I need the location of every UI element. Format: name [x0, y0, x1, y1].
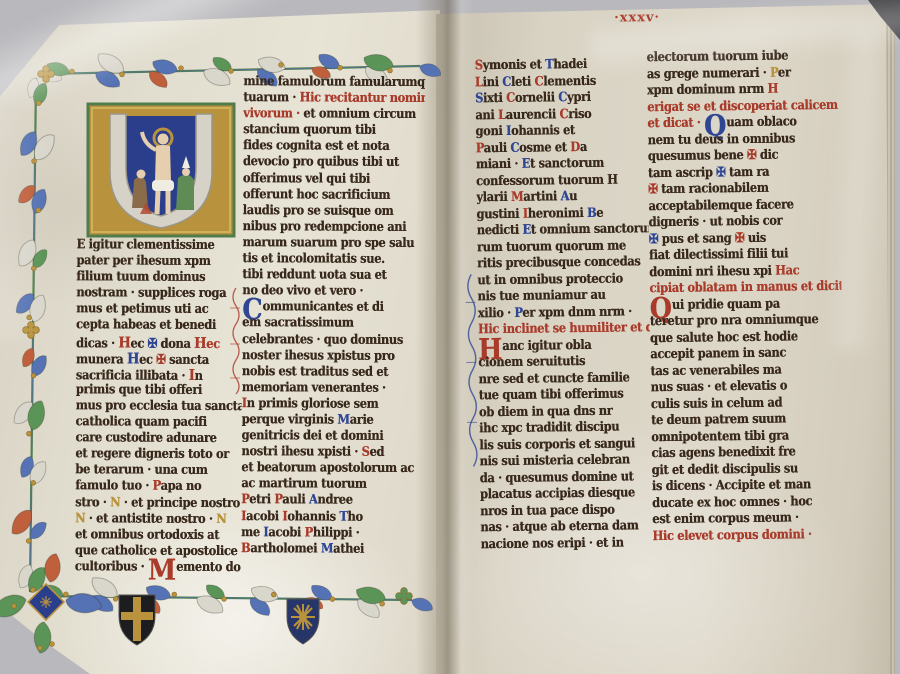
text-line: nre sed et cuncte familie [478, 370, 630, 388]
text-line: acceptabilemque facere [648, 197, 817, 216]
text-line: domini nri ihesu xpi Hac [649, 263, 818, 282]
text-line: tuarum · Hic recitantur nomina [243, 90, 403, 107]
text-line: munera Hec ✠ sancta [76, 350, 222, 367]
text-line: quesumus bene ✠ dic [648, 147, 817, 166]
text-line: Hanc igitur obla [478, 337, 630, 355]
text-line: primis que tibi offeri [76, 382, 222, 399]
text-line: fides cognita est et nota [243, 138, 403, 155]
text-line: Communicantes et di [242, 299, 402, 316]
text-line: ob diem in qua dns nr [479, 403, 631, 421]
text-line: que salute hoc est hodie [650, 329, 819, 348]
text-line: Lini Cleti Clementis [475, 73, 627, 91]
right-column-1: Symonis et ThadeiLini Cleti ClementisSix… [475, 56, 653, 560]
text-line: mine famulorum famularumque [243, 74, 403, 91]
text-line: goni Iohannis et [475, 122, 627, 140]
text-line: memoriam venerantes · [242, 380, 402, 397]
text-line: nostram · supplices roga [76, 286, 222, 303]
text-line: mus et petimus uti ac [76, 302, 222, 319]
text-line: Qui pridie quam pa [650, 296, 819, 315]
text-line: et regere digneris toto or [75, 446, 221, 463]
text-line: nis tue muniamur au [477, 287, 629, 305]
text-line: miani · Et sanctorum [476, 155, 628, 173]
text-line: tue quam tibi offerimus [479, 386, 631, 404]
text-line: nas · atque ab eterna dam [480, 518, 632, 536]
text-line: stro · N · et principe nostro [75, 495, 221, 512]
text-line: teretur pro nra omniumque [650, 312, 819, 331]
text-line: nacione nos eripi · et in [480, 535, 632, 553]
text-line: celebrantes · quo dominus [242, 332, 402, 349]
text-line: nis sui misteria celebran [479, 452, 631, 470]
text-line: no deo vivo et vero · [242, 283, 402, 300]
text-line: Petri Pauli Andree [241, 493, 401, 510]
text-line: be terarum · una cum [75, 463, 221, 480]
text-line: ani Laurencii Criso [475, 106, 627, 124]
text-line: nibus pro redempcione ani [243, 219, 403, 236]
text-line: nobis est traditus sed et [242, 364, 402, 381]
text-line: tibi reddunt uota sua et [242, 267, 402, 284]
text-line: ut in omnibus proteccio [477, 271, 629, 289]
text-line: Hic elevet corpus domini · [652, 527, 821, 546]
text-line: ac martirum tuorum [241, 476, 401, 493]
text-line: tas ac venerabiles ma [650, 362, 819, 381]
manuscript-photo: E igitur clementissimepater per ihesum x… [0, 0, 900, 674]
text-line: Pauli Cosme et Da [476, 139, 628, 157]
text-line: placatus accipias diesque [480, 485, 632, 503]
text-line: electorum tuorum iube [646, 48, 815, 67]
folio-number: ·xxxv· [592, 10, 682, 26]
text-line: sacrificia illibata · In [76, 366, 222, 383]
text-line: ritis precibusque concedas [477, 254, 629, 272]
text-line: devocio pro quibus tibi ut [243, 155, 403, 172]
text-line: omnipotentem tibi gra [651, 428, 820, 447]
text-line: cionem seruitutis [478, 353, 630, 371]
text-line: est enim corpus meum · [652, 510, 821, 529]
text-line: marum suarum pro spe salu [242, 235, 402, 252]
text-line: lis suis corporis et sangui [479, 436, 631, 454]
text-line: famulo tuo · Papa no [75, 479, 221, 496]
text-line: E igitur clementissime [76, 237, 222, 254]
left-column-2: mine famulorum famularumquetuarum · Hic … [241, 74, 426, 563]
text-line: Bartholomei Mathei [241, 541, 401, 558]
text-line: em sacratissimum [242, 316, 402, 333]
text-line: xilio · Per xpm dnm nrm · [478, 304, 630, 322]
text-line: perque virginis Marie [242, 412, 402, 429]
text-line: care custodire adunare [75, 430, 221, 447]
text-line: me Iacobi Philippi · [241, 525, 401, 542]
text-line: et beatorum apostolorum ac [241, 460, 401, 477]
text-line: is dicens · Accipite et man [652, 477, 821, 496]
text-line: git et dedit discipulis su [652, 461, 821, 480]
text-line: Symonis et Thadei [475, 56, 627, 74]
text-line: catholica quam pacifi [76, 414, 222, 431]
text-line: cipiat oblatam in manus et dicit [649, 279, 818, 298]
text-line: tam ascrip ✠ tam ra [648, 164, 817, 183]
text-line: stancium quorum tibi [243, 122, 403, 139]
text-line: noster ihesus xpistus pro [242, 348, 402, 365]
text-line: filium tuum dominus [76, 269, 222, 286]
text-line: nus suas · et elevatis o [651, 378, 820, 397]
text-line: digneris · ut nobis cor [649, 213, 818, 232]
right-page-text: ·xxxv· Symonis et ThadeiLini Cleti Cleme… [432, 0, 900, 674]
text-line: ✠ pus et sang ✠ uis [649, 230, 818, 249]
text-line: vivorum · et omnium circum [243, 106, 403, 123]
text-line: Iacobi Iohannis Tho [241, 509, 401, 526]
text-line: offerimus vel qui tibi [243, 171, 403, 188]
text-line: cias agens benedixit fre [651, 444, 820, 463]
left-column-1: E igitur clementissimepater per ihesum x… [75, 237, 243, 580]
text-line: cultoribus · Memento do [75, 559, 221, 576]
text-line: N · et antistite nostro · N [75, 511, 221, 528]
text-line: laudis pro se suisque om [243, 203, 403, 220]
text-line: erigat se et discoperiat calicem [647, 98, 816, 117]
text-line: tis et incolomitatis sue. [242, 251, 402, 268]
text-line: nros in tua pace dispo [480, 502, 632, 520]
text-line: et omnibus ortodoxis at [75, 527, 221, 544]
text-line: mus pro ecclesia tua sancta [76, 398, 222, 415]
text-line: as grege numerari · Per [647, 65, 816, 84]
text-line: ylarii Martini Au [476, 188, 628, 206]
text-line: nem tu deus in omnibus [648, 131, 817, 150]
text-line: fiat dilectissimi filii tui [649, 246, 818, 265]
text-line: In primis gloriose sem [242, 396, 402, 413]
text-line: te deum patrem suum [651, 411, 820, 430]
text-line: da · quesumus domine ut [480, 469, 632, 487]
text-line: ✠ tam racionabilem [648, 180, 817, 199]
text-line: pater per ihesum xpm [76, 253, 222, 270]
text-line: xpm dominum nrm H [647, 81, 816, 100]
text-line: gustini Iheronimi Be [476, 205, 628, 223]
text-line: et dicat · Quam oblaco [647, 114, 816, 133]
text-line: accepit panem in sanc [650, 345, 819, 364]
text-line: genitricis dei et domini [241, 428, 401, 445]
text-line: culis suis in celum ad [651, 395, 820, 414]
text-line: nostri ihesu xpisti · Sed [241, 444, 401, 461]
text-line: offerunt hoc sacrificium [243, 187, 403, 204]
left-page-text: E igitur clementissimepater per ihesum x… [0, 0, 442, 674]
text-line: Sixti Cornelii Cypri [475, 89, 627, 107]
text-line: cepta habeas et benedi [76, 318, 222, 335]
text-line: confessorum tuorum H [476, 172, 628, 190]
text-line: rum tuorum quorum me [477, 238, 629, 256]
right-column-2: electorum tuorum iubeas grege numerari ·… [646, 48, 844, 550]
text-line: ducate ex hoc omnes · hoc [652, 494, 821, 513]
text-line: nedicti Et omnium sanctorum [477, 221, 629, 239]
text-line: ihc xpc tradidit discipu [479, 419, 631, 437]
text-line: dicas · Hec ✠ dona Hec [76, 334, 222, 351]
